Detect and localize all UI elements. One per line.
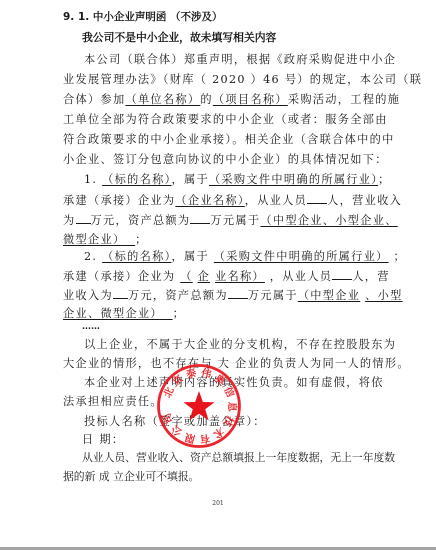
- subject-name-field: （标的名称）: [102, 173, 171, 186]
- item-text: 承建（承接）企业为: [63, 270, 180, 283]
- declaration-line-1: 以上企业，不属于大企业的分支机构，不存在控股股东为: [84, 338, 371, 352]
- star-icon: [184, 391, 215, 420]
- item-text: 万元，资产总额为: [128, 289, 228, 302]
- intro-line-1: 本公司（联合体）郑重声明，根据《政府采购促进中小企: [84, 53, 371, 67]
- item-1-line-1: 1. （标的名称），属于（采购文件中明确的所属行业）；: [84, 173, 371, 187]
- unit-name-field: （单位名称）: [125, 93, 200, 106]
- item-text: 人，营: [352, 270, 389, 283]
- assets-blank: [190, 213, 210, 224]
- revenue-blank: [76, 213, 91, 224]
- footnote-line-1: 从业人员、营业收入、资产总额填报上一年度数据，无上一年度数: [82, 451, 371, 465]
- assets-blank: [228, 288, 248, 299]
- item-text: 万元属于: [248, 289, 298, 302]
- item-text: ；: [378, 173, 391, 186]
- item-text: ；: [135, 233, 148, 246]
- not-sme-notice: 我公司不是中小企业，故未填写相关内容: [82, 31, 390, 45]
- intro-text: 采购活动，工程的施: [288, 93, 400, 106]
- intro-line-4: 工单位全部为符合政策要求的中小企业（或者：服务全部由: [63, 113, 371, 127]
- item-number: 2.: [84, 250, 97, 263]
- project-name-field: （项目名称）: [213, 93, 288, 106]
- enterprise-type-field: （中型企业、小型企业、: [260, 214, 397, 227]
- item-text: ，属于: [171, 250, 213, 263]
- subject-name-field: （标的名称）: [102, 250, 171, 263]
- company-seal-icon: 北 京 泰 伟 奥 信 息 技 术 有 限 公 司: [155, 362, 243, 450]
- document-page: 9. 1. 中小企业声明函 （不涉及） 我公司不是中小企业，故未填写相关内容 本…: [0, 0, 436, 548]
- item-2-line-3: 业收入为万元，资产总额为万元属于（中型企业 、小型: [63, 288, 371, 303]
- item-number: 1.: [84, 173, 97, 186]
- intro-text: 的: [200, 93, 213, 106]
- staff-count-blank: [307, 193, 327, 204]
- item-text: ，属于: [171, 173, 208, 186]
- item-text: 为: [63, 214, 76, 227]
- staff-count-blank: [332, 269, 352, 280]
- section-heading: 9. 1. 中小企业声明函 （不涉及）: [63, 10, 371, 24]
- item-text: ；: [389, 250, 406, 263]
- enterprise-type-field: 、小型: [365, 289, 402, 302]
- item-text: 承建（承接）企业为: [63, 194, 175, 207]
- intro-line-6: 小企业、签订分包意向协议的中小企业）的具体情况如下：: [63, 153, 371, 167]
- enterprise-type-field: （中型企业: [298, 289, 360, 302]
- revenue-blank: [113, 288, 128, 299]
- item-2-line-1: 2. （标的名称），属于 （采购文件中明确的所属行业） ；: [84, 250, 371, 264]
- ellipsis: ……: [82, 320, 369, 334]
- item-text: 业收入为: [63, 289, 113, 302]
- item-1-line-3: 为万元，资产总额为万元属于（中型企业、小型企业、: [63, 213, 371, 228]
- company-name-field: （企业名称）: [175, 194, 244, 207]
- company-name-field: （: [180, 270, 193, 283]
- intro-line-5: 符合政策要求的中小企业承接）。相关企业（含联合体中的中: [63, 133, 371, 147]
- enterprise-type-field: 微型企业）: [63, 233, 125, 246]
- footnote-line-2: 据的新 成 立企业可不填报。: [63, 470, 371, 484]
- item-1-line-4: 微型企业） ；: [63, 233, 371, 247]
- industry-field: （采购文件中明确的所属行业）: [214, 250, 389, 263]
- item-text: 万元属于: [210, 214, 260, 227]
- intro-line-3: 合体）参加（单位名称）的（项目名称）采购活动，工程的施: [63, 93, 371, 107]
- item-text: ，从业人员: [245, 194, 307, 207]
- intro-line-2: 业发展管理办法》（财库（ 2020 ）46 号）的规定，本公司（联: [63, 73, 371, 87]
- item-text: ；: [173, 307, 186, 320]
- company-name-field: 企: [198, 270, 211, 283]
- enterprise-type-field: 企业、微型企业）: [63, 307, 163, 320]
- page-number: 201: [0, 500, 436, 507]
- intro-text: 合体）参加: [63, 93, 125, 106]
- item-text: ，从业人员: [265, 270, 332, 283]
- company-name-field: 业名称）: [215, 270, 265, 283]
- item-2-line-2: 承建（承接）企业为 （ 企 业名称） ，从业人员人，营: [63, 269, 371, 284]
- item-2-line-4: 企业、微型企业） ；: [63, 307, 371, 321]
- industry-field: （采购文件中明确的所属行业）: [209, 173, 378, 186]
- item-1-line-2: 承建（承接）企业为（企业名称），从业人员人，营业收入: [63, 193, 371, 208]
- item-text: 万元，资产总额为: [91, 214, 191, 227]
- item-text: 人，营业收入: [327, 194, 402, 207]
